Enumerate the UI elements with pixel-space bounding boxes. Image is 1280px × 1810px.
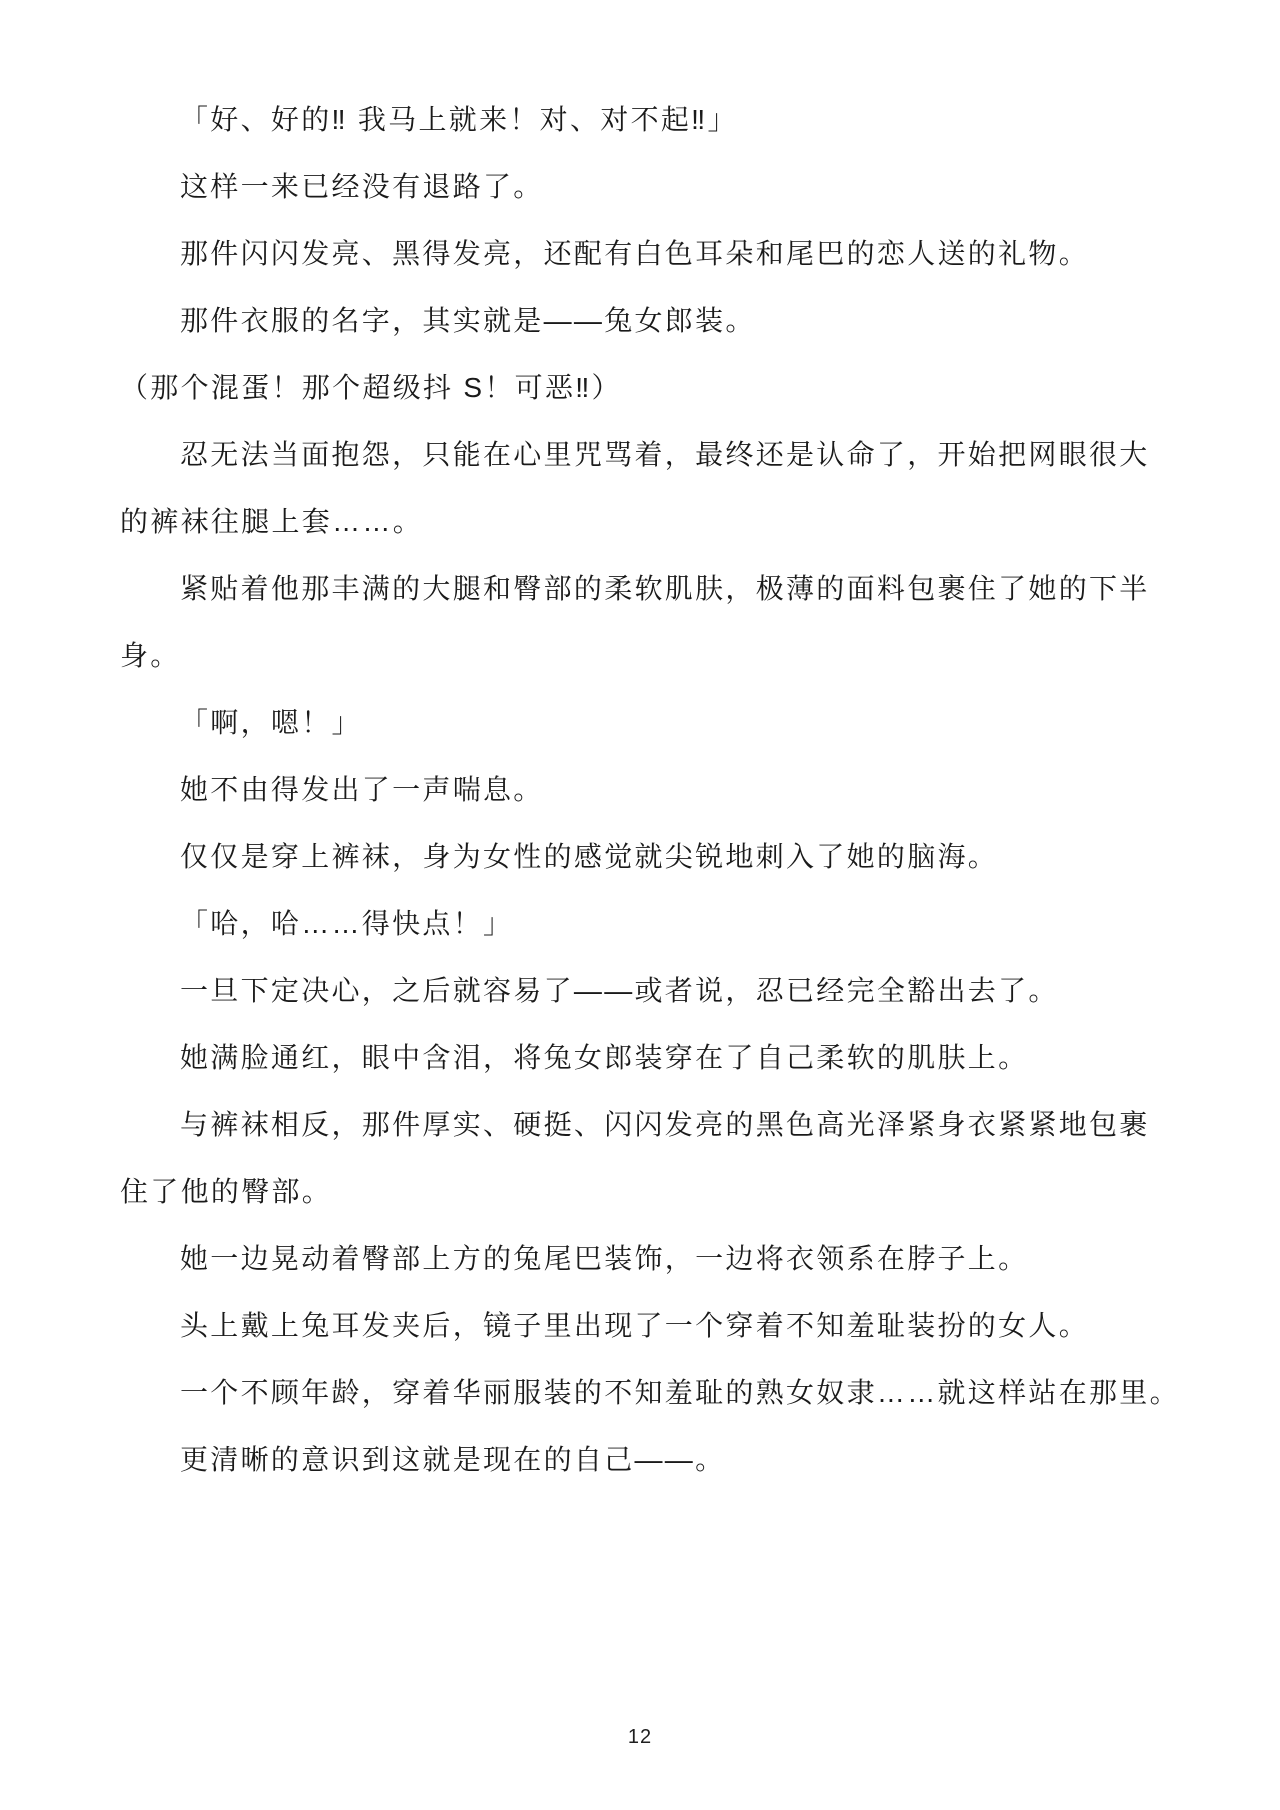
text-line: 与裤袜相反，那件厚实、硬挺、闪闪发亮的黑色高光泽紧身衣紧紧地包裹 <box>120 1091 1182 1158</box>
page-number: 12 <box>0 1722 1280 1752</box>
text-line: 那件闪闪发亮、黑得发亮，还配有白色耳朵和尾巴的恋人送的礼物。 <box>120 220 1182 287</box>
text-line: 紧贴着他那丰满的大腿和臀部的柔软肌肤，极薄的面料包裹住了她的下半 <box>120 555 1182 622</box>
paragraph: 「啊，嗯！」 <box>120 689 1182 756</box>
paragraph: 更清晰的意识到这就是现在的自己——。 <box>120 1426 1182 1493</box>
text-line: 「哈，哈……得快点！」 <box>120 890 1182 957</box>
text-line: 一旦下定决心，之后就容易了——或者说，忍已经完全豁出去了。 <box>120 957 1182 1024</box>
text-line: 仅仅是穿上裤袜，身为女性的感觉就尖锐地刺入了她的脑海。 <box>120 823 1182 890</box>
paragraph: （那个混蛋！那个超级抖 S！可恶‼） <box>120 354 1182 421</box>
text-line: 的裤袜往腿上套……。 <box>120 488 1182 555</box>
paragraph: 与裤袜相反，那件厚实、硬挺、闪闪发亮的黑色高光泽紧身衣紧紧地包裹住了他的臀部。 <box>120 1091 1182 1225</box>
paragraph: 「好、好的‼ 我马上就来！对、对不起‼」 <box>120 86 1182 153</box>
paragraph: 她一边晃动着臀部上方的兔尾巴装饰，一边将衣领系在脖子上。 <box>120 1225 1182 1292</box>
text-line: 更清晰的意识到这就是现在的自己——。 <box>120 1426 1182 1493</box>
paragraph: 一个不顾年龄，穿着华丽服装的不知羞耻的熟女奴隶……就这样站在那里。 <box>120 1359 1182 1426</box>
page-body: 「好、好的‼ 我马上就来！对、对不起‼」这样一来已经没有退路了。那件闪闪发亮、黑… <box>120 86 1182 1493</box>
text-line: 那件衣服的名字，其实就是——兔女郎装。 <box>120 287 1182 354</box>
text-line: 这样一来已经没有退路了。 <box>120 153 1182 220</box>
paragraph: 一旦下定决心，之后就容易了——或者说，忍已经完全豁出去了。 <box>120 957 1182 1024</box>
text-line: 「啊，嗯！」 <box>120 689 1182 756</box>
paragraph: 这样一来已经没有退路了。 <box>120 153 1182 220</box>
text-line: 「好、好的‼ 我马上就来！对、对不起‼」 <box>120 86 1182 153</box>
text-line: 她不由得发出了一声喘息。 <box>120 756 1182 823</box>
paragraph: 头上戴上兔耳发夹后，镜子里出现了一个穿着不知羞耻装扮的女人。 <box>120 1292 1182 1359</box>
paragraph: 那件衣服的名字，其实就是——兔女郎装。 <box>120 287 1182 354</box>
paragraph: 那件闪闪发亮、黑得发亮，还配有白色耳朵和尾巴的恋人送的礼物。 <box>120 220 1182 287</box>
text-line: 头上戴上兔耳发夹后，镜子里出现了一个穿着不知羞耻装扮的女人。 <box>120 1292 1182 1359</box>
paragraph: 忍无法当面抱怨，只能在心里咒骂着，最终还是认命了，开始把网眼很大的裤袜往腿上套…… <box>120 421 1182 555</box>
text-line: 忍无法当面抱怨，只能在心里咒骂着，最终还是认命了，开始把网眼很大 <box>120 421 1182 488</box>
text-line: 她一边晃动着臀部上方的兔尾巴装饰，一边将衣领系在脖子上。 <box>120 1225 1182 1292</box>
document-page: 「好、好的‼ 我马上就来！对、对不起‼」这样一来已经没有退路了。那件闪闪发亮、黑… <box>0 0 1280 1810</box>
paragraph: 她满脸通红，眼中含泪，将兔女郎装穿在了自己柔软的肌肤上。 <box>120 1024 1182 1091</box>
text-line: 一个不顾年龄，穿着华丽服装的不知羞耻的熟女奴隶……就这样站在那里。 <box>120 1359 1182 1426</box>
paragraph: 「哈，哈……得快点！」 <box>120 890 1182 957</box>
text-line: （那个混蛋！那个超级抖 S！可恶‼） <box>120 354 1182 421</box>
text-line: 住了他的臀部。 <box>120 1158 1182 1225</box>
paragraph: 仅仅是穿上裤袜，身为女性的感觉就尖锐地刺入了她的脑海。 <box>120 823 1182 890</box>
paragraph: 她不由得发出了一声喘息。 <box>120 756 1182 823</box>
text-line: 身。 <box>120 622 1182 689</box>
text-line: 她满脸通红，眼中含泪，将兔女郎装穿在了自己柔软的肌肤上。 <box>120 1024 1182 1091</box>
paragraph: 紧贴着他那丰满的大腿和臀部的柔软肌肤，极薄的面料包裹住了她的下半身。 <box>120 555 1182 689</box>
